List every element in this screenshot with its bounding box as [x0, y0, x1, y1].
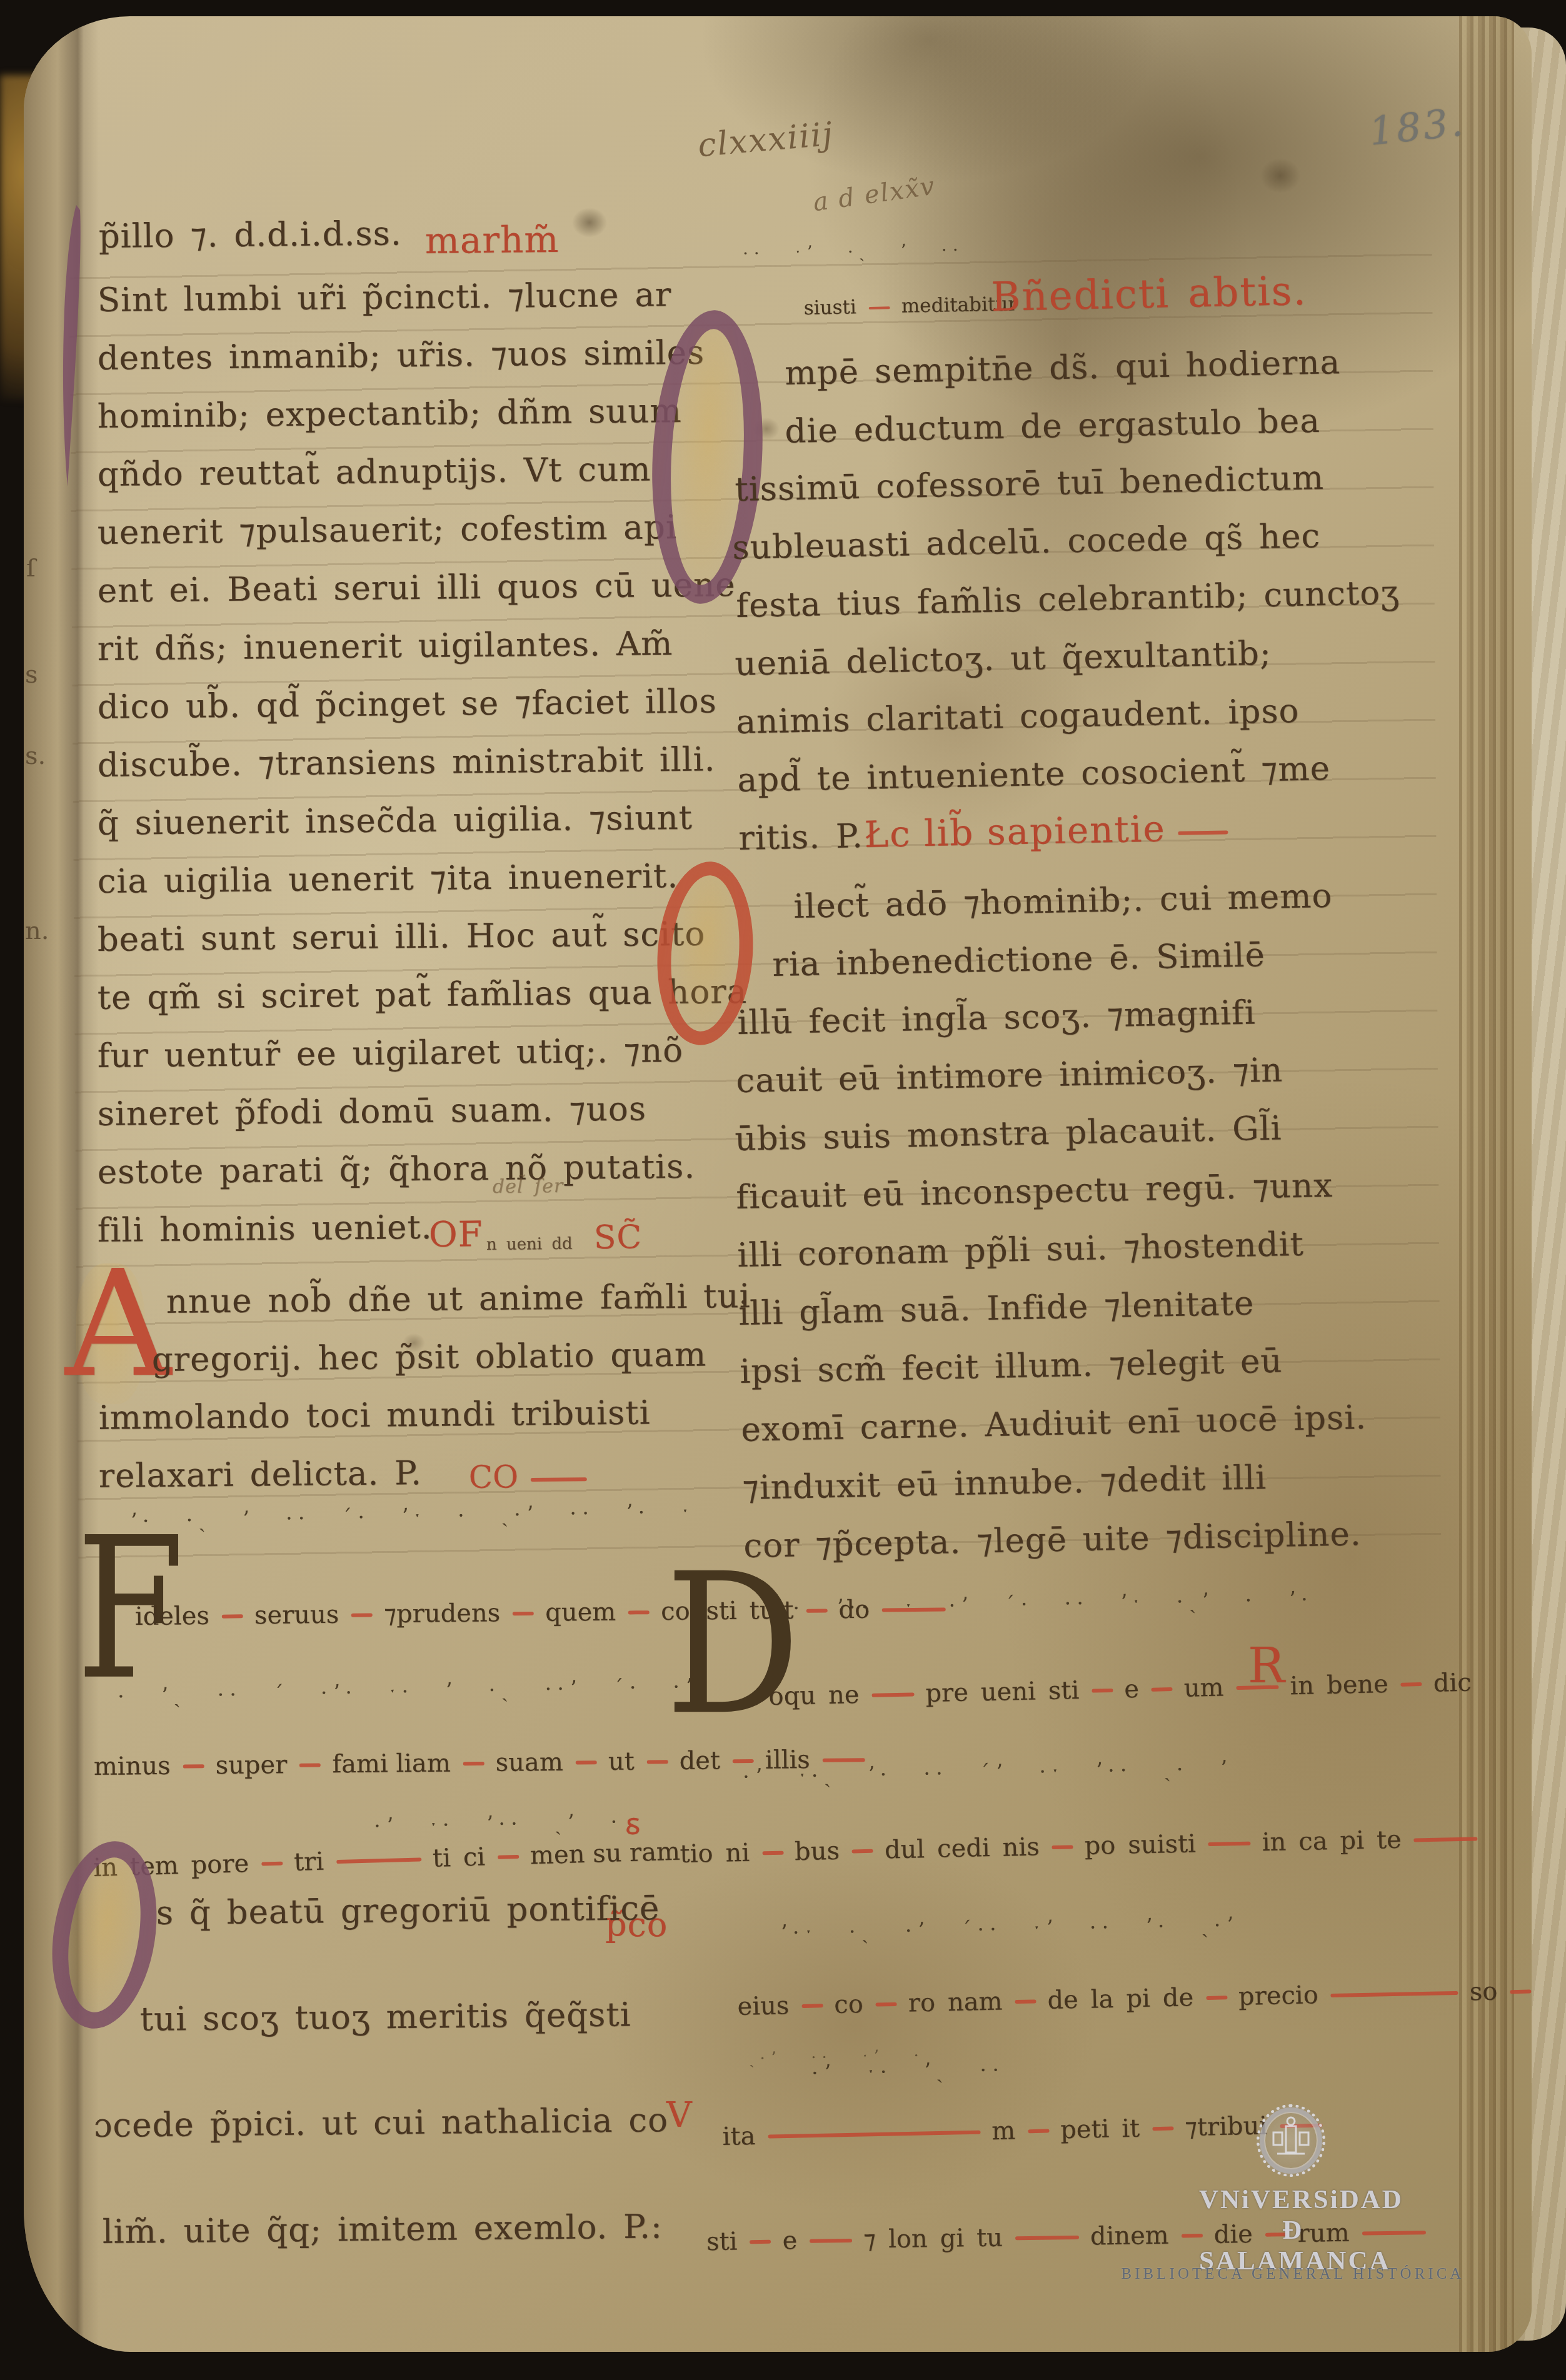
left-prose-line: hominib; expectantib; dñm suum [97, 394, 681, 433]
left-prose-line: dentes inmanib; ur̃is. ⁊uos similes [97, 336, 705, 375]
edge-text-fragment: n. [25, 916, 49, 945]
communion-mark-label: CO [468, 1459, 518, 1495]
rubric-feast: Bñedicti abtis. [991, 271, 1308, 318]
rubric-lectio-label: Łc lib̃ sapientie [864, 807, 1167, 856]
photo-backdrop: ſ s s. n. clxxxiiij a d elxx̃v 183. p̃il… [0, 0, 1566, 2380]
folio-number-pencil: 183. [1367, 99, 1468, 154]
watermark-text: VNiVERSiDAD Ð SALAMANCA [1199, 2184, 1387, 2276]
communion-mark: CO [469, 1460, 599, 1493]
neume-row: ʼ·ˑ ·ˏ ·ʼ ˊ·· ˑʼ ·· ʼ· ˏ·ʼ [780, 1913, 1239, 1946]
edge-text-fragment: s. [25, 741, 46, 770]
chant-text-line: itampetiit⁊tribui [722, 2112, 1333, 2149]
chant-text-line: tionibusdulcedinisposuistiincapite [680, 1825, 1489, 1867]
lectio-line: illi gl̃am suā. Infide ⁊lenitate [738, 1287, 1255, 1330]
left-collect-line: lim̃. uite q̃q; imitem exemlo. P.: [102, 2210, 663, 2249]
left-prayer-line: relaxari delicta. P. [98, 1457, 422, 1493]
watermark-line3: BIBLIOTECA GENERAL HISTÓRICA [1112, 2266, 1474, 2283]
lectio-line: ria inbenedictione ē. Similē [772, 938, 1265, 982]
left-prayer-line: nnue nob̃ dñe ut anime fam̃li tui [166, 1280, 750, 1318]
s-margin-mark: ꟙ [625, 1809, 641, 1839]
rubric-lectio: Łc lib̃ sapientie [864, 809, 1240, 853]
lectio-line: illū fecit ingl̃a scoʒ. ⁊magnifi [737, 996, 1256, 1040]
left-prose-line: discub̃e. ⁊transiens ministrabit illi. [97, 743, 715, 782]
manuscript-page: ſ s s. n. clxxxiiij a d elxx̃v 183. p̃il… [24, 16, 1532, 2352]
left-prose-line: q̃ siuenerit insec̃da uigilia. ⁊siunt [97, 801, 693, 840]
left-prose-line: fur uentur̃ ee uigilaret utiq;. ⁊nõ [97, 1034, 683, 1073]
initial-i-purple [58, 204, 85, 494]
rubric-evangelist: marhm̃ [424, 221, 559, 259]
left-prose-line: sineret p̃fodi domū suam. ⁊uos [97, 1093, 646, 1131]
interlinear-note: n ueni dd [486, 1236, 573, 1253]
chant-text-line: intemporetriticimen su ram [93, 1839, 693, 1880]
left-prose-line: beati sunt serui illi. Hoc aut̃ scito [97, 918, 705, 957]
right-collect-line: ritis. P. [738, 820, 863, 855]
left-prose-line: Sint lumbi ur̃i p̃cincti. ⁊lucne ar [97, 278, 671, 317]
left-prose-line: dico ub̃. qd̃ p̃cinget se ⁊faciet illos [97, 685, 716, 724]
left-collect-line: tui scoʒ tuoʒ meritis q̃eq̃sti [139, 1998, 631, 2036]
lectio-line: ⁊induxit eū innube. ⁊dedit illi [742, 1461, 1267, 1505]
header-scribble: a d elxx̃v [811, 172, 938, 218]
neume-row: · ʼˏ ·· ˊ ·ʼ· ˑ· ʼ ·ˏ ··ʼ ˊ· ·ʼˑ [118, 1674, 711, 1710]
watermark-line1: VNiVERSiDAD [1199, 2184, 1387, 2215]
university-seal-icon [1257, 2104, 1325, 2177]
initial-d-chant: D [665, 1548, 800, 1742]
left-collect-line: ɔcede p̃pici. ut cui nathalicia co [93, 2104, 668, 2142]
left-prayer-line: gregorij. hec p̃sit oblatio quam [151, 1338, 706, 1377]
left-prose-line: te qm̃ si sciret pat̃ fam̃lias qua hora [97, 975, 747, 1015]
neume-row: ·· ˑʼ ·ˏ ʼ ·· [743, 239, 964, 264]
secret-mark: SC̃ [594, 1221, 643, 1254]
left-prose-line: p̃illo ⁊. d.d.i.d.ss. [98, 217, 401, 253]
versus-mark: V [666, 2098, 692, 2133]
roman-folio-heading: clxxxiiij [696, 116, 835, 165]
marginal-scribble: del̃ ſer [493, 1177, 564, 1197]
neume-row: ˏ·ʼ ·· ˑʼ · [749, 2047, 925, 2069]
neume-row: ·ʼ ˑ· ʼ·· ˏʼ · [374, 1810, 623, 1839]
left-collect-line: s q̃ beatū gregoriū pontificē [156, 1892, 660, 1930]
left-prose-line: uenerit ⁊pulsauerit; cofestim api [97, 511, 676, 550]
edge-text-fragment: s [25, 660, 38, 689]
responsory-mark: R [1248, 1642, 1285, 1690]
edge-text-fragment: ſ [26, 554, 36, 583]
chant-text-line: oqunepreuenistieuminbenedic [768, 1670, 1484, 1709]
left-prayer-line: immolando toci mundi tribuisti [98, 1397, 650, 1435]
left-prose-line: estote parati q̃; q̃hora nõ putatis. [97, 1150, 695, 1189]
chant-text-line: eiuscoronamdelapideprecioso [737, 1978, 1532, 2019]
left-prose-line: ent ei. Beati serui illi quos cū uene [97, 568, 735, 608]
left-prose-line: qñdo reuttat̃ adnuptijs. Vt cum [97, 453, 651, 491]
left-prose-line: rit dñs; inuenerit uigilantes. Am̃ [97, 627, 673, 666]
left-prose-line: cia uigilia uenerit ⁊ita inuenerit. [97, 860, 678, 898]
offertory-mark: OF [428, 1217, 483, 1253]
neume-row: ˏ· ʼ·· ˑ ·ʼ ˊ· ·· ʼˑ ·ˏʼ · ʼ· [780, 1587, 1314, 1622]
